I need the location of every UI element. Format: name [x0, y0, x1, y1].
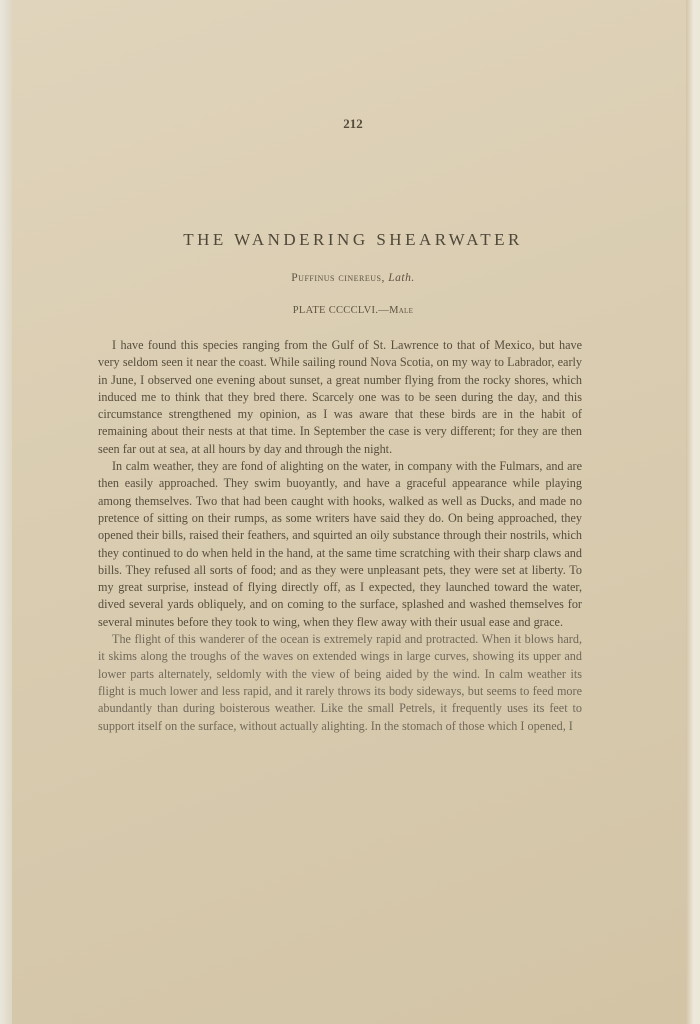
chapter-title: THE WANDERING SHEARWATER — [12, 230, 694, 250]
paragraph: In calm weather, they are fond of alight… — [98, 458, 582, 631]
species-authority: Lath. — [388, 272, 414, 284]
paragraph: I have found this species ranging from t… — [98, 337, 582, 458]
plate-line: PLATE CCCCLVI.—Male — [12, 305, 694, 316]
plate-sex: Male — [389, 305, 413, 316]
plate-label: PLATE CCCCLVI.— — [293, 305, 389, 316]
species-line: Puffinus cinereus, Lath. — [12, 272, 694, 284]
paragraph: The flight of this wanderer of the ocean… — [98, 631, 582, 735]
page-number: 212 — [12, 116, 694, 132]
book-page: 212 THE WANDERING SHEARWATER Puffinus ci… — [12, 0, 694, 1024]
page-torn-edge — [686, 0, 694, 1024]
species-name: Puffinus cinereus, — [291, 272, 385, 284]
body-text: I have found this species ranging from t… — [98, 337, 582, 735]
